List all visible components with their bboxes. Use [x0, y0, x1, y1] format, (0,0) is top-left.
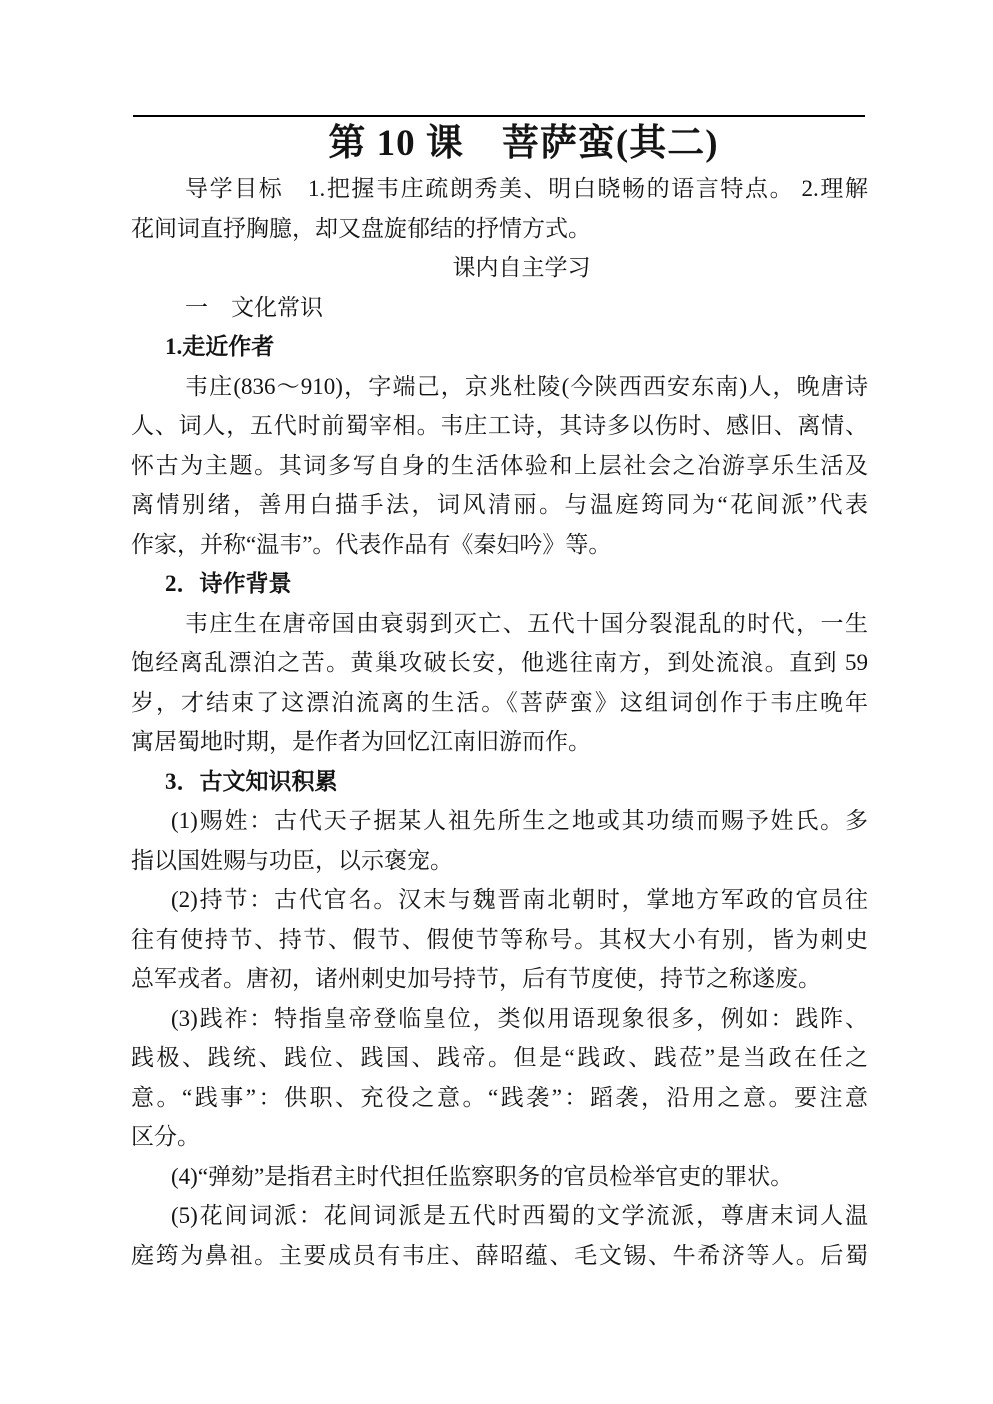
- text-line-8: 怀古为主题。其词多写自身的生活体验和上层社会之冶游享乐生活及: [131, 446, 868, 486]
- text-line-6: 韦庄(836～910)，字端己，京兆杜陵(今陕西西安东南)人，晚唐诗: [131, 367, 868, 407]
- text-line-1: 导学目标 1.把握韦庄疏朗秀美、明白晓畅的语言特点。 2.理解: [131, 169, 868, 209]
- text-line-5: 1.走近作者: [131, 327, 868, 367]
- text-line-17: (1)赐姓：古代天子据某人祖先所生之地或其功绩而赐予姓氏。多: [131, 801, 868, 841]
- text-line-18: 指以国姓赐与功臣，以示褒宠。: [131, 841, 868, 881]
- text-line-28: 庭筠为鼻祖。主要成员有韦庄、薛昭蕴、毛文锡、牛希济等人。后蜀: [131, 1236, 868, 1276]
- text-line-14: 岁，才结束了这漂泊流离的生活。《菩萨蛮》这组词创作于韦庄晚年: [131, 683, 868, 723]
- text-line-23: 践极、践统、践位、践国、践帝。但是“践政、践莅”是当政在任之: [131, 1038, 868, 1078]
- text-line-11: 2．诗作背景: [131, 564, 868, 604]
- text-line-26: (4)“弹劾”是指君主时代担任监察职务的官员检举官吏的罪状。: [131, 1157, 868, 1197]
- text-line-7: 人、词人，五代时前蜀宰相。韦庄工诗，其诗多以伤时、感旧、离情、: [131, 406, 868, 446]
- text-line-3: 课内自主学习: [131, 248, 868, 288]
- text-line-4: 一 文化常识: [131, 288, 868, 328]
- text-line-13: 饱经离乱漂泊之苦。黄巢攻破长安，他逃往南方，到处流浪。直到 59: [131, 643, 868, 683]
- text-line-2: 花间词直抒胸臆，却又盘旋郁结的抒情方式。: [131, 209, 868, 249]
- text-line-15: 寓居蜀地时期，是作者为回忆江南旧游而作。: [131, 722, 868, 762]
- text-line-24: 意。“践事”：供职、充役之意。“践袭”：蹈袭，沿用之意。要注意: [131, 1078, 868, 1118]
- text-line-27: (5)花间词派：花间词派是五代时西蜀的文学流派，尊唐末词人温: [131, 1196, 868, 1236]
- text-line-25: 区分。: [131, 1117, 868, 1157]
- page-title: 第 10 课 菩萨蛮(其二): [131, 117, 868, 171]
- text-line-9: 离情别绪，善用白描手法，词风清丽。与温庭筠同为“花间派”代表: [131, 485, 868, 525]
- document-body: 导学目标 1.把握韦庄疏朗秀美、明白晓畅的语言特点。 2.理解花间词直抒胸臆，却…: [131, 169, 868, 1275]
- text-line-16: 3．古文知识积累: [131, 762, 868, 802]
- text-line-12: 韦庄生在唐帝国由衰弱到灭亡、五代十国分裂混乱的时代，一生: [131, 604, 868, 644]
- text-line-20: 往有使持节、持节、假节、假使节等称号。其权大小有别，皆为刺史: [131, 920, 868, 960]
- text-line-22: (3)践祚：特指皇帝登临皇位，类似用语现象很多，例如：践阼、: [131, 999, 868, 1039]
- text-line-10: 作家，并称“温韦”。代表作品有《秦妇吟》等。: [131, 525, 868, 565]
- text-line-21: 总军戎者。唐初，诸州刺史加号持节，后有节度使，持节之称遂废。: [131, 959, 868, 999]
- text-line-19: (2)持节：古代官名。汉末与魏晋南北朝时，掌地方军政的官员往: [131, 880, 868, 920]
